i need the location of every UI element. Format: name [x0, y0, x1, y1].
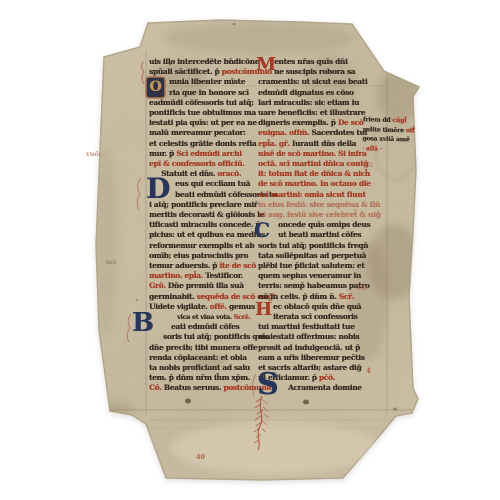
body-text: edmūdi dignatus es cōso [258, 88, 354, 97]
text-line: omīb; eius patrociniis pro [149, 251, 248, 261]
body-text: eadmūdi cōfessoris tui atq̄; [149, 98, 254, 107]
rubric-text: it: totum fiat de dn̄ica & nich̄ [258, 169, 370, 178]
text-line: eadmūdi cōfessoris tui atq̄; [149, 98, 254, 108]
text-line: eati edmūdi cōfes [149, 322, 239, 332]
body-text: omīb; eius patrociniis pro [149, 251, 248, 260]
text-line: vica et vina vota. Scrē. [149, 312, 250, 322]
body-text: tem. p̄ dn̄m nr̄m ih̄m xp̄m. [149, 373, 250, 382]
text-line: euigna. offm̄. Sacerdotes tui [258, 128, 367, 138]
text-line: ut beati martini cōfes [258, 230, 361, 240]
rubric-text: īte de scō [219, 261, 256, 270]
text-line: digneris exemplis. p̄ De scō [258, 118, 363, 128]
text-line: mur. p̄ Scī edmūdi archi [149, 149, 242, 159]
text-line: et celestis grātie donis refia [149, 139, 256, 149]
body-text: ria que in honore scī [169, 88, 249, 97]
body-text: terris: semp̄ habeamus patro [258, 281, 369, 290]
text-line: reformemur exemplis et ab [149, 241, 254, 251]
body-text: tificasti miraculis concede. p̄ [149, 220, 260, 229]
text-line: tata sollēpnitas ad perpetuā [258, 251, 366, 261]
body-text: Iurauit dn̄s della [292, 139, 356, 148]
rubric-text: de scō martino. In octauo die [258, 179, 371, 188]
text-line: edmūdi dignatus es cōso [258, 88, 354, 98]
body-text: eam a ur̄is liberemur pec̄tis [258, 353, 364, 362]
text-line: eam a ur̄is liberemur pec̄tis [258, 353, 364, 363]
text-line: nisē de scō martino. Si infra [258, 149, 366, 159]
text-line: pontificis tue obtulimus ma [149, 108, 256, 118]
body-text: gemus [229, 302, 255, 311]
text-line: malū mereamur pecator: [149, 128, 245, 138]
text-line: prosit ad indulgenciā. ut p̄ [258, 343, 360, 353]
body-text: Sacerdotes tui [311, 128, 367, 137]
body-text: oncede quīs omīps deus [278, 220, 370, 229]
body-text: maiestati offerimus: nobis [258, 332, 359, 341]
text-line: soris tui atq̄; pontificis freqn̄ [258, 241, 368, 251]
text-line: lari miraculis: sic etiam iu [258, 98, 359, 108]
rubric-text: scī martini: omīa sicut fiunt [258, 190, 365, 199]
body-text: temur aduersis. p̄ [149, 261, 219, 270]
rubric-text: in eius festō. sive sequēna & fin̄ [258, 200, 380, 209]
text-line: ec oblacō quīs dn̄e quā [258, 302, 361, 312]
rubric-text: Cō. [149, 383, 164, 392]
body-text: prosit ad indulgenciā. ut p̄ [258, 343, 360, 352]
body-text: tata sollēpnitas ad perpetuā [258, 251, 366, 260]
body-text: eati edmūdi cōfes [171, 322, 239, 331]
body-text: pontificis tue obtulimus ma [149, 108, 256, 117]
margin-mark: vuō: [86, 150, 101, 158]
body-text: Uidete vigilate. [149, 302, 210, 311]
rubric-text: octā. scī martini dn̄ica contḡ [258, 159, 368, 168]
text-line: tui martini festiuitati tue [258, 322, 354, 332]
text-line: epl̄a. gr̄. Iurauit dn̄s della [258, 139, 356, 149]
body-text: picius: ut et quibus ea medius [149, 230, 265, 239]
rubric-text: nī aug. festū sive celebret̄ & uiḡ [258, 210, 380, 219]
body-text: pslite timēre [363, 126, 406, 134]
rubric-text: cūgl̄ [392, 117, 406, 124]
body-text: ne suscipis robora sa [274, 67, 355, 76]
text-line: in eius festō. sive sequēna & fin̄ [258, 200, 380, 210]
body-text: iestati pia quīs: ut per ea ne [149, 118, 257, 127]
rubric-text: off̄ [406, 127, 415, 134]
text-line: temur aduersis. p̄ īte de scō [149, 261, 256, 271]
body-text: dn̄e precib; tibi munera offe [149, 343, 257, 352]
body-text: digneris exemplis. p̄ [258, 118, 338, 127]
text-line: it: totum fiat de dn̄ica & nich̄ [258, 169, 370, 179]
text-line: iterata scī confessoris [258, 312, 357, 322]
text-line: octā. scī martini dn̄ica contḡ [258, 159, 368, 169]
body-text: soris tui atq̄; pontificis freqn̄ [258, 241, 368, 250]
rubric-text: · allā · [362, 145, 382, 153]
text-line: iestati pia quīs: ut per ea ne [149, 118, 257, 128]
text-line: spūali sāctificet. p̄ postcōmunio [149, 67, 272, 77]
body-text: cramentis: ut sicut eas beati [258, 77, 367, 86]
body-text: Testificor. [205, 271, 243, 280]
text-line: oncede quīs omīps deus [258, 220, 370, 230]
text-line: uis illo intercedēte bn̄dicōne [149, 57, 259, 67]
body-text: quem sepius veneramur in [258, 271, 361, 280]
body-text: eus qui ecclīam tuā [175, 179, 250, 188]
body-text: gosa xviiā amē [362, 135, 409, 143]
text-line: nī aug. festū sive celebret̄ & uiḡ [258, 210, 380, 220]
margin-mark: 44ı̄ [356, 284, 368, 292]
text-line: martino. epl̄a. Testificor. [149, 271, 243, 281]
body-text: Acramenta domine [288, 383, 362, 392]
body-text: renda cōplaceant: et obla [149, 353, 247, 362]
margin-mark: i · [366, 180, 372, 187]
body-text: et celestis grātie donis refia [149, 139, 256, 148]
body-text: germinabit. [149, 292, 197, 301]
body-text: ta nobis proficiant ad salu [149, 363, 250, 372]
text-line: cramentis: ut sicut eas beati [258, 77, 367, 87]
illuminated-initial-M: M [256, 57, 276, 73]
text-line: dn̄e precib; tibi munera offe [149, 343, 257, 353]
body-text: lari miraculis: sic etiam iu [258, 98, 359, 107]
manuscript-photo: uis illo intercedēte bn̄dicōnespūali sāc… [0, 0, 500, 500]
body-text: mnia libenter mīste [169, 77, 245, 86]
rubric-text: nisē de scō martino. Si infra [258, 149, 366, 158]
body-text: entes nr̄as quīs dn̄i [274, 57, 347, 66]
body-text: meritis decorasti & glōiosis le [149, 210, 264, 219]
text-line: scī martini: omīa sicut fiunt [258, 190, 365, 200]
text-line: renda cōplaceant: et obla [149, 353, 247, 363]
body-text: friem dd [363, 116, 393, 124]
illuminated-initial-S: S [257, 371, 279, 398]
body-text: spūali sāctificet. p̄ [149, 67, 222, 76]
body-text: soris tui atq̄; pontificis quīs [163, 332, 269, 341]
margin-note: friem dd cūgl̄pslite timēre off̄gosa xvi… [363, 115, 427, 117]
rubric-text: euigna. offm̄. [258, 128, 311, 137]
text-line: tificasti miraculis concede. p̄ [149, 220, 260, 230]
text-line: quem sepius veneramur in [258, 271, 361, 281]
text-line: meritis decorasti & glōiosis le [149, 210, 264, 220]
body-text: plēbi tue p̄ficiat salutem: et [258, 261, 364, 270]
rubric-text: Scī edmūdi archi [176, 149, 241, 158]
body-text: uare beneficiis: et illustrare [258, 108, 365, 117]
rubric-text: Scr̄. [339, 292, 354, 301]
rubric-text: De scō [338, 118, 363, 127]
margin-mark: 40 [196, 453, 205, 461]
text-line: Uidete vigilate. offē. gemus [149, 302, 255, 312]
text-line: epī & confessoris officiū. [149, 159, 244, 169]
rubric-text: offē. [210, 302, 229, 311]
body-text: Beatus seruus. [164, 383, 224, 392]
text-line: Grō. Dn̄e premiū illa suā [149, 281, 244, 291]
text-line: tem. p̄ dn̄m nr̄m ih̄m xp̄m. [149, 373, 250, 383]
body-text: mur. p̄ [149, 149, 176, 158]
rubric-text: Grō. [149, 281, 168, 290]
illuminated-initial-C: C [254, 221, 270, 239]
text-line: soris tui atq̄; pontificis quīs [149, 332, 269, 342]
body-text: uis illo intercedēte bn̄dicōne [149, 57, 259, 66]
body-text: reformemur exemplis et ab [149, 241, 254, 250]
text-line: plēbi tue p̄ficiat salutem: et [258, 261, 364, 271]
body-text: malū mereamur pecator: [149, 128, 245, 137]
rubric-text: epī & confessoris officiū. [149, 159, 244, 168]
rubric-text: pc̄ō. [319, 373, 335, 382]
rubric-text: martino. epl̄a. [149, 271, 205, 280]
rubric-text: oracō. [217, 169, 241, 178]
body-text: ec oblacō quīs dn̄e quā [273, 302, 361, 311]
text-line: terris: semp̄ habeamus patro [258, 281, 369, 291]
margin-mark: 4 [366, 366, 371, 375]
body-text: ut beati martini cōfes [278, 230, 361, 239]
text-line: · allā · [362, 144, 382, 155]
body-text: vica et vina vota. [177, 313, 234, 321]
text-line: maiestati offerimus: nobis [258, 332, 359, 342]
margin-mark: · iī [364, 162, 373, 169]
illuminated-initial-O: O [146, 77, 165, 98]
manuscript-text-layer: uis illo intercedēte bn̄dicōnespūali sāc… [0, 0, 500, 500]
text-line: de scō martino. In octauo die [258, 179, 371, 189]
rubric-text: Scrē. [234, 313, 251, 321]
text-line: uare beneficiis: et illustrare [258, 108, 365, 118]
text-line: picius: ut et quibus ea medius [149, 230, 265, 240]
rubric-text: epl̄a. gr̄. [258, 139, 292, 148]
body-text: iterata scī confessoris [273, 312, 357, 321]
body-text: Dn̄e premiū illa suā [168, 281, 244, 290]
body-text: tui martini festiuitati tue [258, 322, 354, 331]
text-line: ta nobis proficiant ad salu [149, 363, 250, 373]
illuminated-initial-D: D [146, 176, 170, 201]
margin-mark: mō [106, 259, 116, 266]
text-line: nū in celis. p̄ dn̄m n̄. Scr̄. [258, 292, 354, 302]
illuminated-initial-H: H [255, 302, 272, 318]
illuminated-initial-B: B [132, 312, 154, 335]
